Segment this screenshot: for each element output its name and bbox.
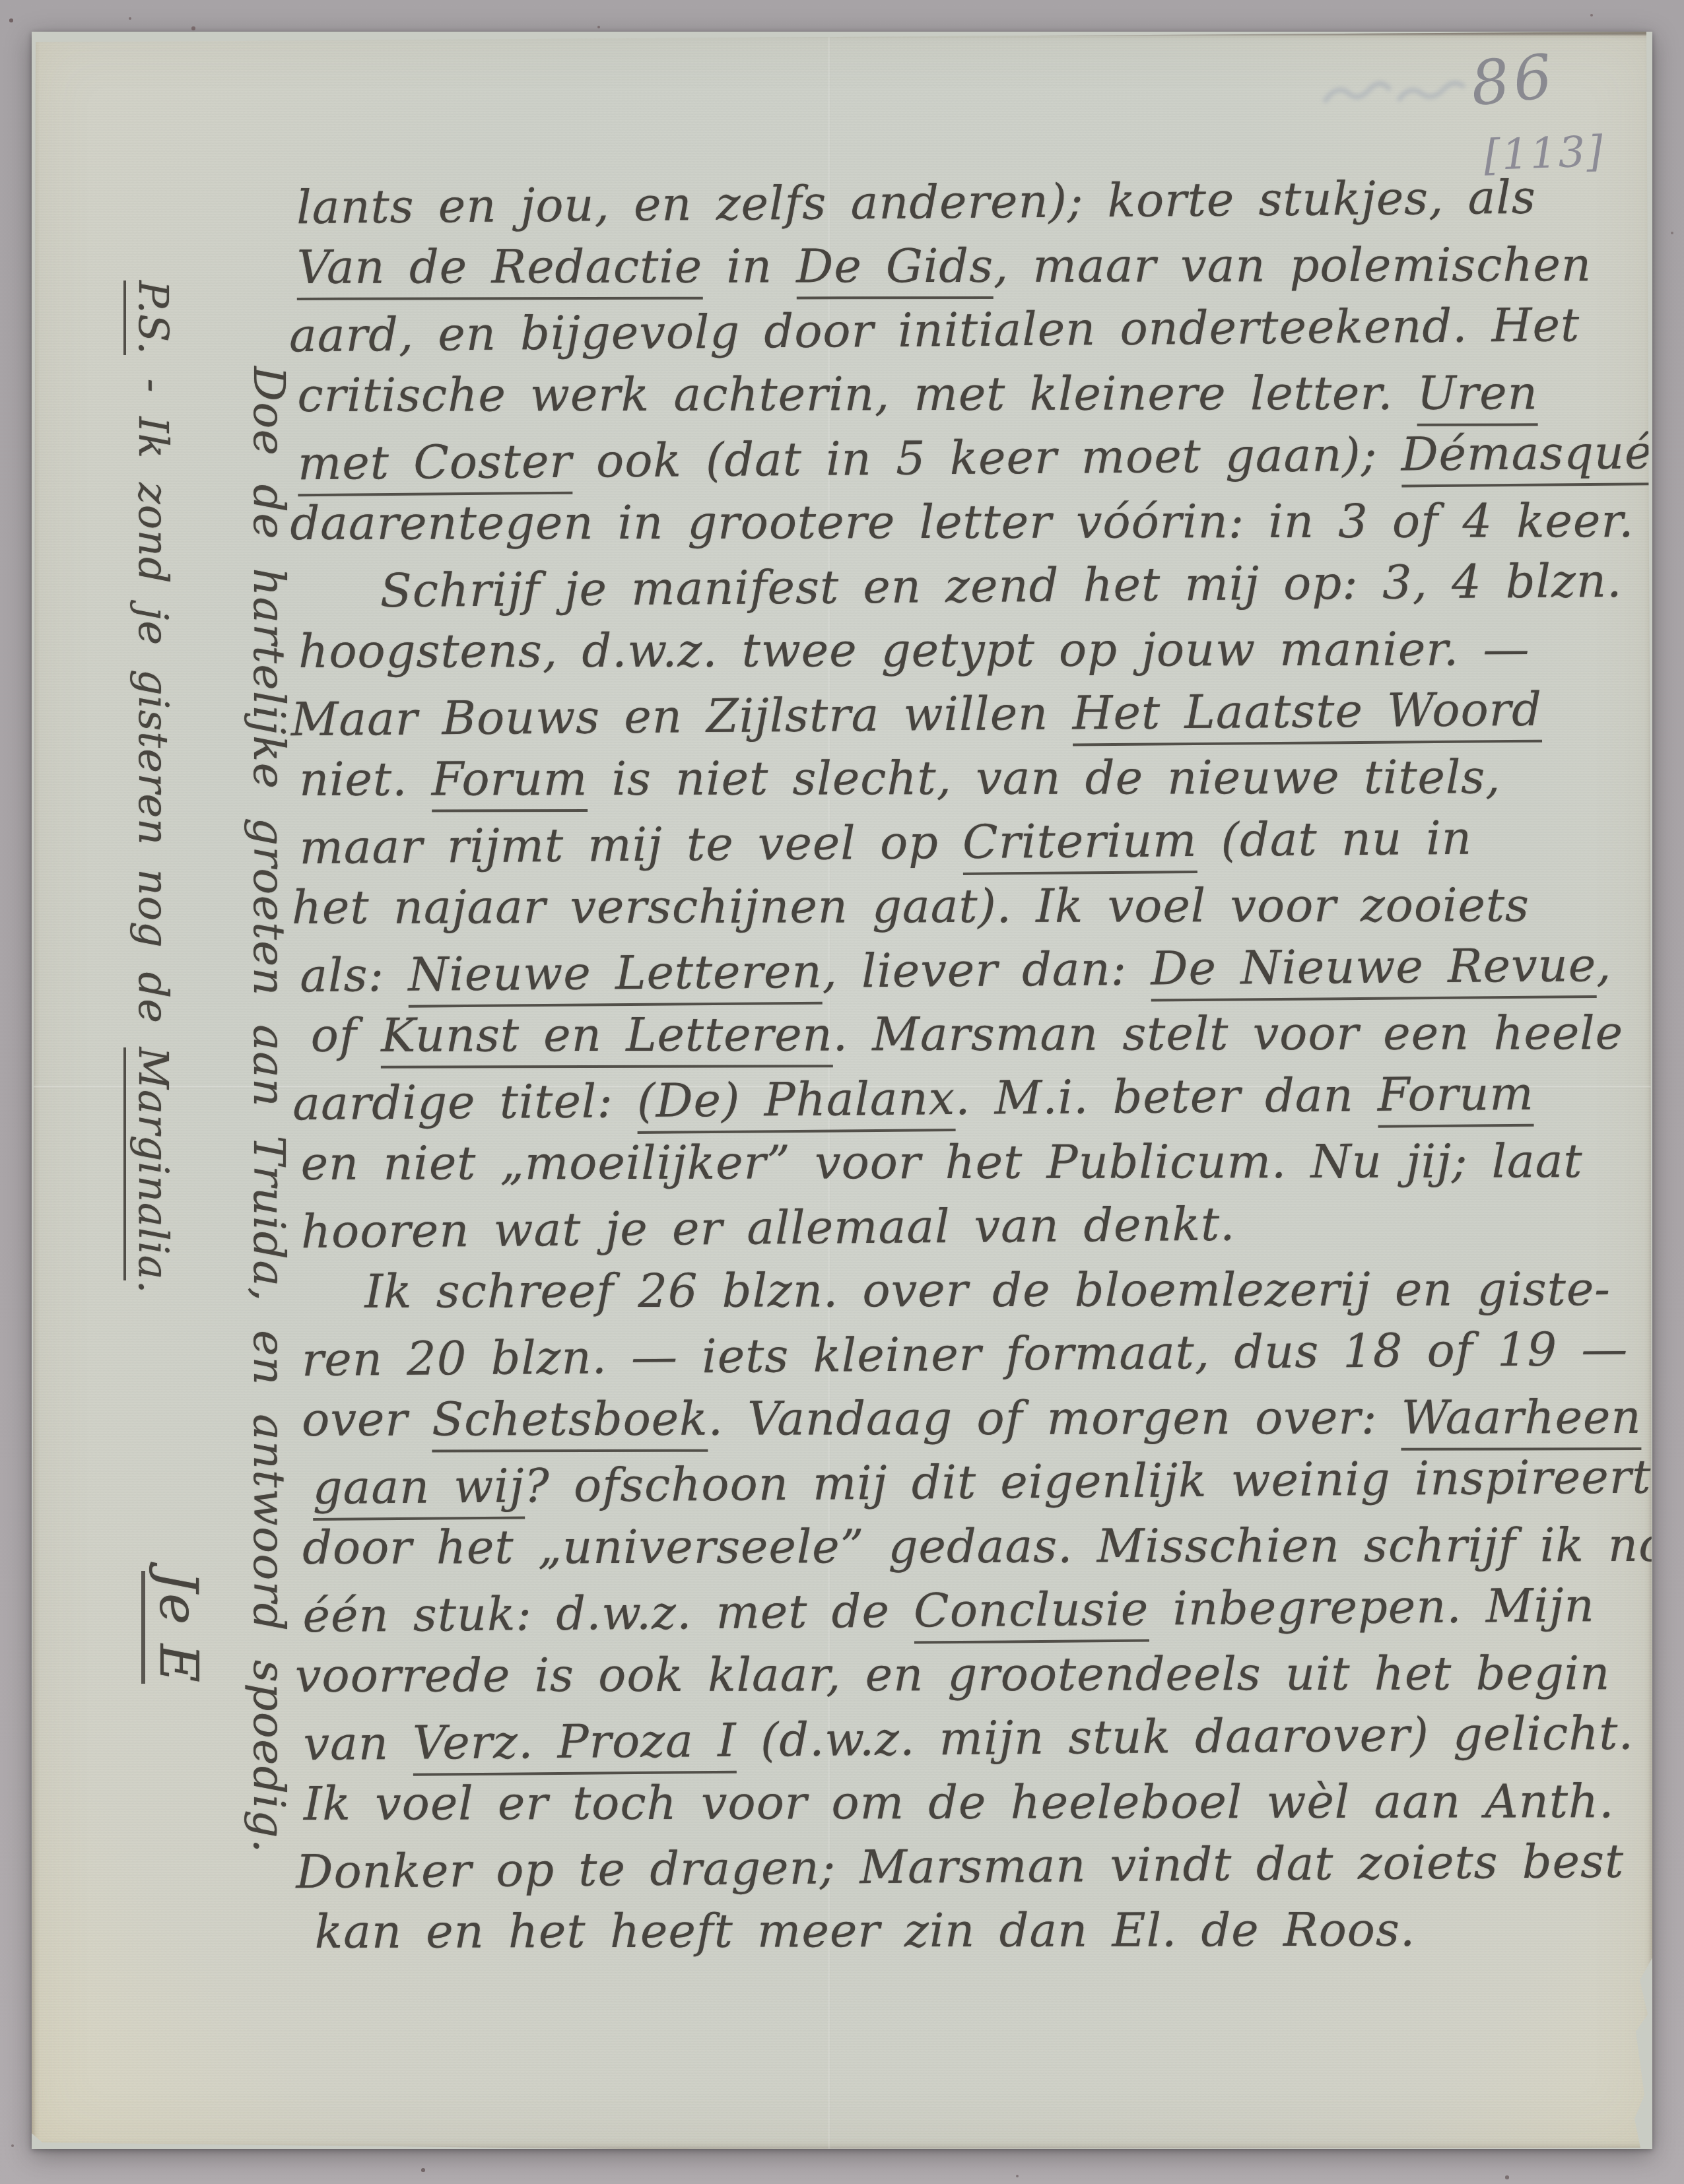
text-segment: Nieuwe Letteren — [408, 944, 823, 1008]
text-segment: daarentegen in grootere letter vóórin: i… — [290, 494, 1634, 550]
text-segment: . Marsman stelt voor een heele — [833, 1006, 1624, 1061]
letter-line: één stuk: d.w.z. met de Conclusie inbegr… — [302, 1573, 1613, 1648]
letter-line: Donker op te dragen; Marsman vindt dat z… — [296, 1830, 1615, 1904]
text-segment: als: — [300, 948, 409, 1003]
letter-line: en niet „moeilijker” voor het Publicum. … — [301, 1129, 1611, 1196]
letter-line: hoogstens, d.w.z. twee getypt op jouw ma… — [298, 617, 1609, 684]
text-segment: met Coster — [298, 434, 573, 496]
letter-line: het najaar verschijnen gaat). Ik voel vo… — [292, 873, 1610, 940]
text-segment: aardige titel: — [292, 1074, 638, 1131]
text-segment: (De) Phalanx — [637, 1071, 956, 1134]
text-segment: ren 20 blzn. — iets kleiner formaat, dus… — [302, 1322, 1629, 1387]
letter-line: met Coster ook (dat in 5 keer moet gaan)… — [298, 421, 1609, 496]
letter-line: over Schetsboek. Vandaag of morgen over:… — [302, 1385, 1612, 1452]
letter-body: lants en jou, en zelfs anderen); korte s… — [296, 168, 1615, 1966]
text-segment: Forum — [432, 752, 588, 812]
text-segment: Schrijf je manifest en zend het mij op: … — [380, 554, 1623, 618]
text-segment: inbegrepen. Mijn — [1149, 1578, 1595, 1636]
letter-line: Ik schreef 26 blzn. over de bloemlezerij… — [293, 1257, 1611, 1324]
text-segment: lants en jou, en zelfs anderen); korte s… — [296, 170, 1536, 234]
text-segment: niet. — [299, 752, 432, 807]
text-segment: kan en het heeft meer zin dan El. de Roo… — [315, 1903, 1416, 1959]
text-segment: Waarheen — [1401, 1390, 1642, 1451]
text-segment: De Nieuwe Revue — [1151, 938, 1596, 1002]
text-segment: het najaar verschijnen gaat). Ik voel vo… — [292, 878, 1530, 935]
text-segment: gaan wij — [312, 1459, 524, 1521]
text-segment: voorrede is ook klaar, en grootendeels u… — [295, 1646, 1610, 1703]
letter-line: voorrede is ook klaar, en grootendeels u… — [295, 1641, 1613, 1708]
letter-line: aardige titel: (De) Phalanx. M.i. beter … — [292, 1061, 1611, 1136]
letter-line: door het „universeele” gedaas. Misschien… — [302, 1513, 1613, 1580]
text-segment: Het Laatste Woord — [1072, 682, 1542, 746]
text-segment: Criterium — [962, 813, 1197, 875]
text-segment: , — [1596, 938, 1612, 992]
erased-pencil-smudge — [1320, 73, 1472, 119]
text-segment: Démasqué — [1401, 425, 1653, 487]
letter-line: lants en jou, en zelfs anderen); korte s… — [296, 165, 1607, 240]
text-segment: één stuk: d.w.z. met de — [302, 1584, 914, 1643]
letter-line: hooren wat je er allemaal van denkt. — [301, 1189, 1612, 1264]
text-segment: , liever dan: — [822, 942, 1151, 999]
text-segment: maar rijmt mij te veel op — [299, 815, 962, 875]
text-segment: is niet slecht, van de nieuwe titels, — [588, 750, 1500, 806]
letter-line: aard, en bijgevolg door initialen ondert… — [289, 293, 1608, 368]
text-segment: . — [129, 1280, 178, 1294]
letter-line: als: Nieuwe Letteren, liever dan: De Nie… — [300, 933, 1611, 1008]
text-segment: Donker op te dragen; Marsman vindt dat z… — [296, 1834, 1624, 1900]
signature: Je E — [141, 1571, 205, 1684]
scan-background: 86 [113] Doe de hartelijke groeten aan T… — [0, 0, 1684, 2184]
text-segment: Ik voel er toch voor om de heeleboel wèl… — [304, 1774, 1615, 1831]
text-segment: Maar Bouws en Zijlstra willen — [290, 686, 1072, 747]
text-segment: hooren wat je er allemaal van denkt. — [301, 1197, 1236, 1259]
text-segment: over — [302, 1393, 432, 1447]
letter-line: Ik voel er toch voor om de heeleboel wèl… — [304, 1770, 1614, 1836]
text-segment: of — [311, 1009, 381, 1063]
margin-postscript: P.S. - Ik zond je gisteren nog de Margin… — [122, 281, 185, 1294]
dust-specks — [0, 0, 1, 1]
text-segment: P.S. — [123, 281, 178, 355]
letter-line: Schrijf je manifest en zend het mij op: … — [308, 549, 1609, 624]
text-segment: Kunst en Letteren — [381, 1007, 833, 1068]
text-segment: Forum — [1378, 1067, 1535, 1128]
text-segment: (dat nu in — [1197, 811, 1472, 867]
text-segment: critische werk achterin, met kleinere le… — [297, 366, 1417, 422]
letter-line: daarentegen in grootere letter vóórin: i… — [290, 489, 1608, 556]
text-segment: ook (dat in 5 keer moet gaan); — [572, 427, 1401, 488]
text-segment: Uren — [1417, 366, 1538, 426]
text-segment: Conclusie — [914, 1582, 1149, 1644]
text-segment: Van de Redactie — [297, 240, 703, 300]
letter-line: Van de Redactie in De Gids, maar van pol… — [297, 233, 1607, 300]
text-segment: . M.i. beter dan — [955, 1068, 1378, 1125]
letter-line: kan en het heeft meer zin dan El. de Roo… — [315, 1898, 1615, 1964]
text-segment: hoogstens, d.w.z. twee getypt op jouw ma… — [298, 622, 1530, 678]
text-segment: in — [702, 239, 796, 293]
letter-line: gaan wij? ofschoon mij dit eigenlijk wei… — [312, 1445, 1613, 1520]
letter-line: critische werk achterin, met kleinere le… — [297, 361, 1607, 428]
letter-line: maar rijmt mij te veel op Criterium (dat… — [299, 805, 1610, 880]
text-segment: - Ik zond je gisteren nog de — [129, 355, 178, 1047]
letter-line: of Kunst en Letteren. Marsman stelt voor… — [311, 1001, 1611, 1068]
letter-line: niet. Forum is niet slecht, van de nieuw… — [299, 745, 1609, 812]
text-segment: door het „universeele” gedaas. Misschien… — [302, 1518, 1684, 1575]
text-segment: , maar van polemischen — [994, 238, 1592, 293]
letter-line: Maar Bouws en Zijlstra willen Het Laatst… — [290, 677, 1609, 752]
margin-greeting: Doe de hartelijke groeten aan Truida, en… — [238, 366, 300, 1853]
text-segment: . Vandaag of morgen over: — [708, 1391, 1401, 1446]
archive-number-pencil: 86 — [1467, 41, 1560, 120]
letter-line: van Verz. Proza I (d.w.z. mijn stuk daar… — [303, 1702, 1614, 1776]
text-segment: Schetsboek — [432, 1392, 708, 1453]
letter-line: ren 20 blzn. — iets kleiner formaat, dus… — [302, 1317, 1613, 1392]
text-segment: (d.w.z. mijn stuk daarover) gelicht. — [736, 1706, 1634, 1768]
letter-sheet: 86 [113] Doe de hartelijke groeten aan T… — [32, 32, 1652, 2149]
text-segment: ? ofschoon mij dit eigenlijk weinig insp… — [524, 1449, 1667, 1513]
text-segment: De Gids — [796, 239, 994, 300]
text-segment: van — [303, 1716, 413, 1771]
text-segment: aard, en bijgevolg door initialen ondert… — [289, 298, 1580, 362]
text-segment: Marginalia — [123, 1047, 178, 1280]
text-segment: en niet „moeilijker” voor het Publicum. … — [301, 1134, 1583, 1191]
text-segment: Ik schreef 26 blzn. over de bloemlezerij… — [364, 1262, 1611, 1319]
text-segment: Verz. Proza I — [413, 1713, 737, 1776]
